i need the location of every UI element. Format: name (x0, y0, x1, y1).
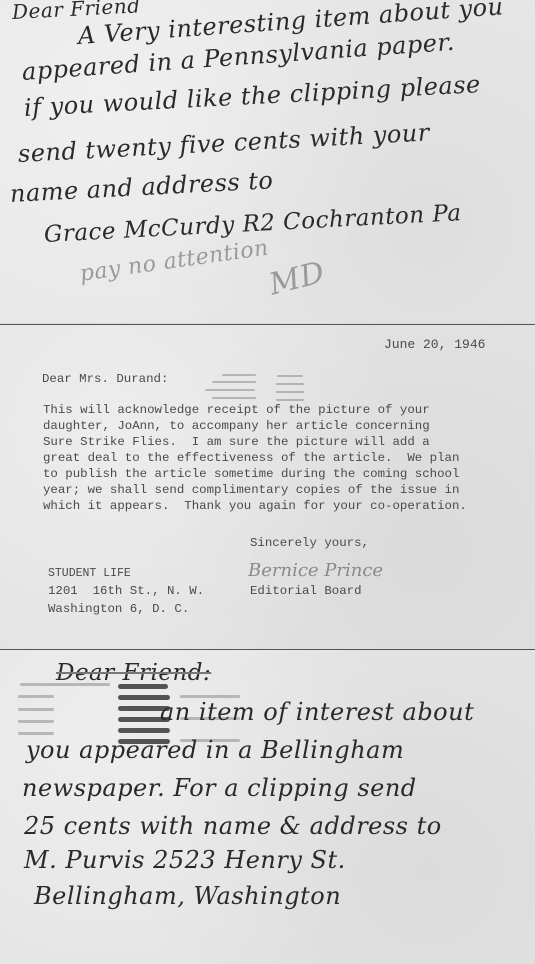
return-city: Bellingham, Washington (34, 882, 341, 910)
body-line: year; we shall send complimentary copies… (43, 483, 459, 497)
body-line: This will acknowledge receipt of the pic… (43, 403, 430, 417)
sender-name: STUDENT LIFE (48, 567, 131, 580)
handwritten-line: an item of interest about (160, 698, 474, 726)
salutation: Dear Mrs. Durand: (42, 372, 168, 386)
body-line: Sure Strike Flies. I am sure the picture… (43, 435, 430, 449)
postcard-bellingham: Dear Friend: an item of interest about y… (0, 649, 535, 964)
salutation: Dear Friend: (56, 660, 211, 686)
signature: Bernice Prince (248, 560, 383, 581)
handwritten-line: name and address to (9, 166, 274, 208)
signer-title: Editorial Board (250, 584, 362, 598)
closing: Sincerely yours, (250, 536, 369, 550)
body-line: to publish the article sometime during t… (43, 467, 459, 481)
handwritten-line: you appeared in a Bellingham (26, 736, 404, 764)
body-line: daughter, JoAnn, to accompany her articl… (43, 419, 430, 433)
return-address: M. Purvis 2523 Henry St. (24, 846, 346, 874)
handwritten-line: send twenty five cents with your (17, 118, 430, 168)
sender-city: Washington 6, D. C. (48, 602, 189, 616)
handwritten-line: newspaper. For a clipping send (22, 774, 417, 802)
pencil-initials: MD (266, 255, 329, 302)
body-line: which it appears. Thank you again for yo… (43, 499, 467, 513)
postcard-student-life: June 20, 1946 Dear Mrs. Durand: This wil… (0, 324, 535, 649)
sender-street: 1201 16th St., N. W. (48, 584, 204, 598)
letter-date: June 20, 1946 (384, 337, 485, 352)
handwritten-line: 25 cents with name & address to (24, 812, 442, 840)
postcard-pennsylvania: Dear Friend A Very interesting item abou… (0, 0, 535, 323)
body-line: great deal to the effectiveness of the a… (43, 451, 459, 465)
